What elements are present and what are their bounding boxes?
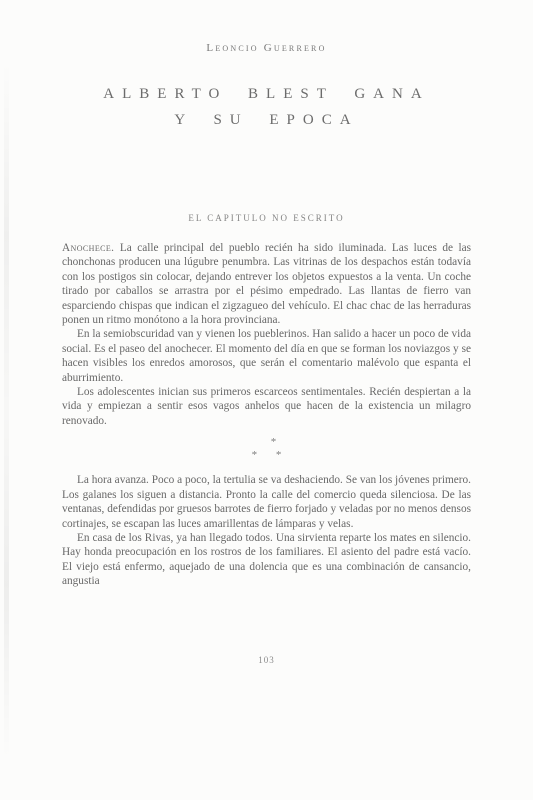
asterism-separator: * * *: [62, 436, 471, 462]
page-number: 103: [0, 655, 533, 665]
book-title-line-1: ALBERTO BLEST GANA: [0, 86, 533, 103]
book-title-line-2: Y SU EPOCA: [0, 112, 533, 129]
book-title: ALBERTO BLEST GANA Y SU EPOCA: [0, 86, 533, 129]
scanned-book-page: Leoncio Guerrero ALBERTO BLEST GANA Y SU…: [0, 0, 533, 800]
running-head-author: Leoncio Guerrero: [0, 42, 533, 54]
paragraph: La hora avanza. Poco a poco, la tertulia…: [62, 473, 471, 531]
paragraph-opening-text: La calle principal del pueblo recién ha …: [62, 242, 471, 326]
paragraph: En casa de los Rivas, ya han llegado tod…: [62, 531, 471, 589]
paragraph-lead-word: Anochece.: [62, 242, 114, 254]
paragraph-opening: Anochece. La calle principal del pueblo …: [62, 241, 471, 327]
body-text: Anochece. La calle principal del pueblo …: [62, 241, 471, 589]
paragraph: En la semiobscuridad van y vienen los pu…: [62, 327, 471, 385]
asterism-top: *: [76, 436, 471, 449]
asterism-bottom: * *: [62, 449, 471, 462]
paragraph: Los adolescentes inician sus primeros es…: [62, 385, 471, 428]
chapter-heading: EL CAPITULO NO ESCRITO: [0, 213, 533, 223]
